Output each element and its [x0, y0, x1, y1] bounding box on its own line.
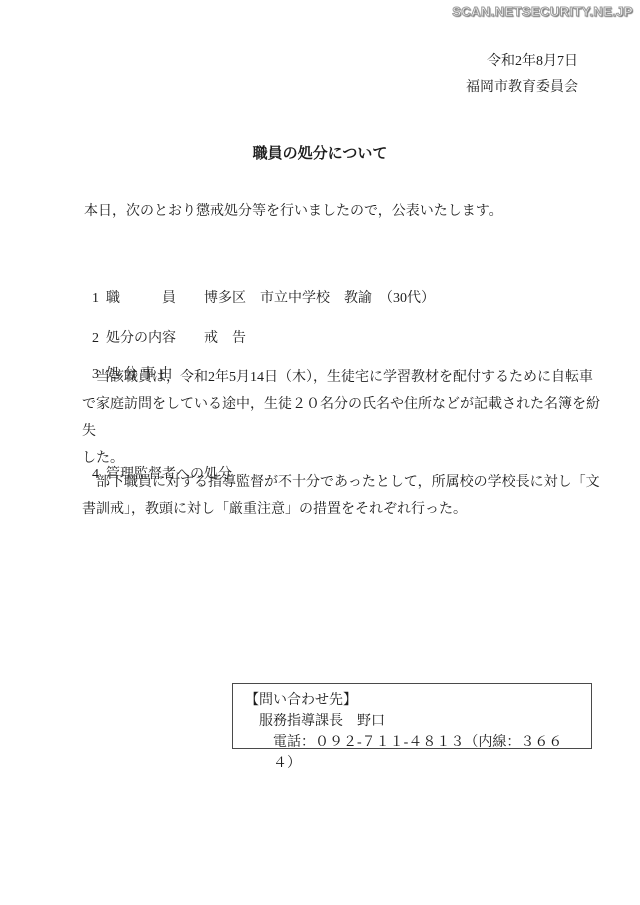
issuing-organization: 福岡市教育委員会 [466, 75, 578, 101]
item-disposition-text: 処分の内容 戒 告 [106, 331, 246, 346]
document-page: SCAN.NETSECURITY.NE.JP 令和2年8月7日 福岡市教育委員会… [0, 0, 640, 905]
document-title: 職員の処分について [0, 144, 640, 164]
item-number: 2 [92, 331, 99, 346]
intro-paragraph: 本日，次のとおり懲戒処分等を行いましたので，公表いたします。 [84, 200, 503, 220]
contact-person: 服務指導課長 野口 [245, 711, 581, 732]
contact-box: 【問い合わせ先】 服務指導課長 野口 電話：０９２-７１１-４８１３（内線：３６… [232, 683, 592, 749]
header-block: 令和2年8月7日 福岡市教育委員会 [466, 49, 578, 101]
site-watermark: SCAN.NETSECURITY.NE.JP [452, 4, 633, 19]
document-date: 令和2年8月7日 [466, 49, 578, 75]
item-staff-text: 職 員 博多区 市立中学校 教諭 （30代） [106, 291, 435, 306]
contact-phone: 電話：０９２-７１１-４８１３（内線：３６６４） [245, 732, 581, 774]
item-number: 1 [92, 291, 99, 306]
contact-heading: 【問い合わせ先】 [245, 690, 581, 711]
supervisors-paragraph: 部下職員に対する指導監督が不十分であったとして，所属校の学校長に対し「文 書訓戒… [82, 469, 606, 523]
